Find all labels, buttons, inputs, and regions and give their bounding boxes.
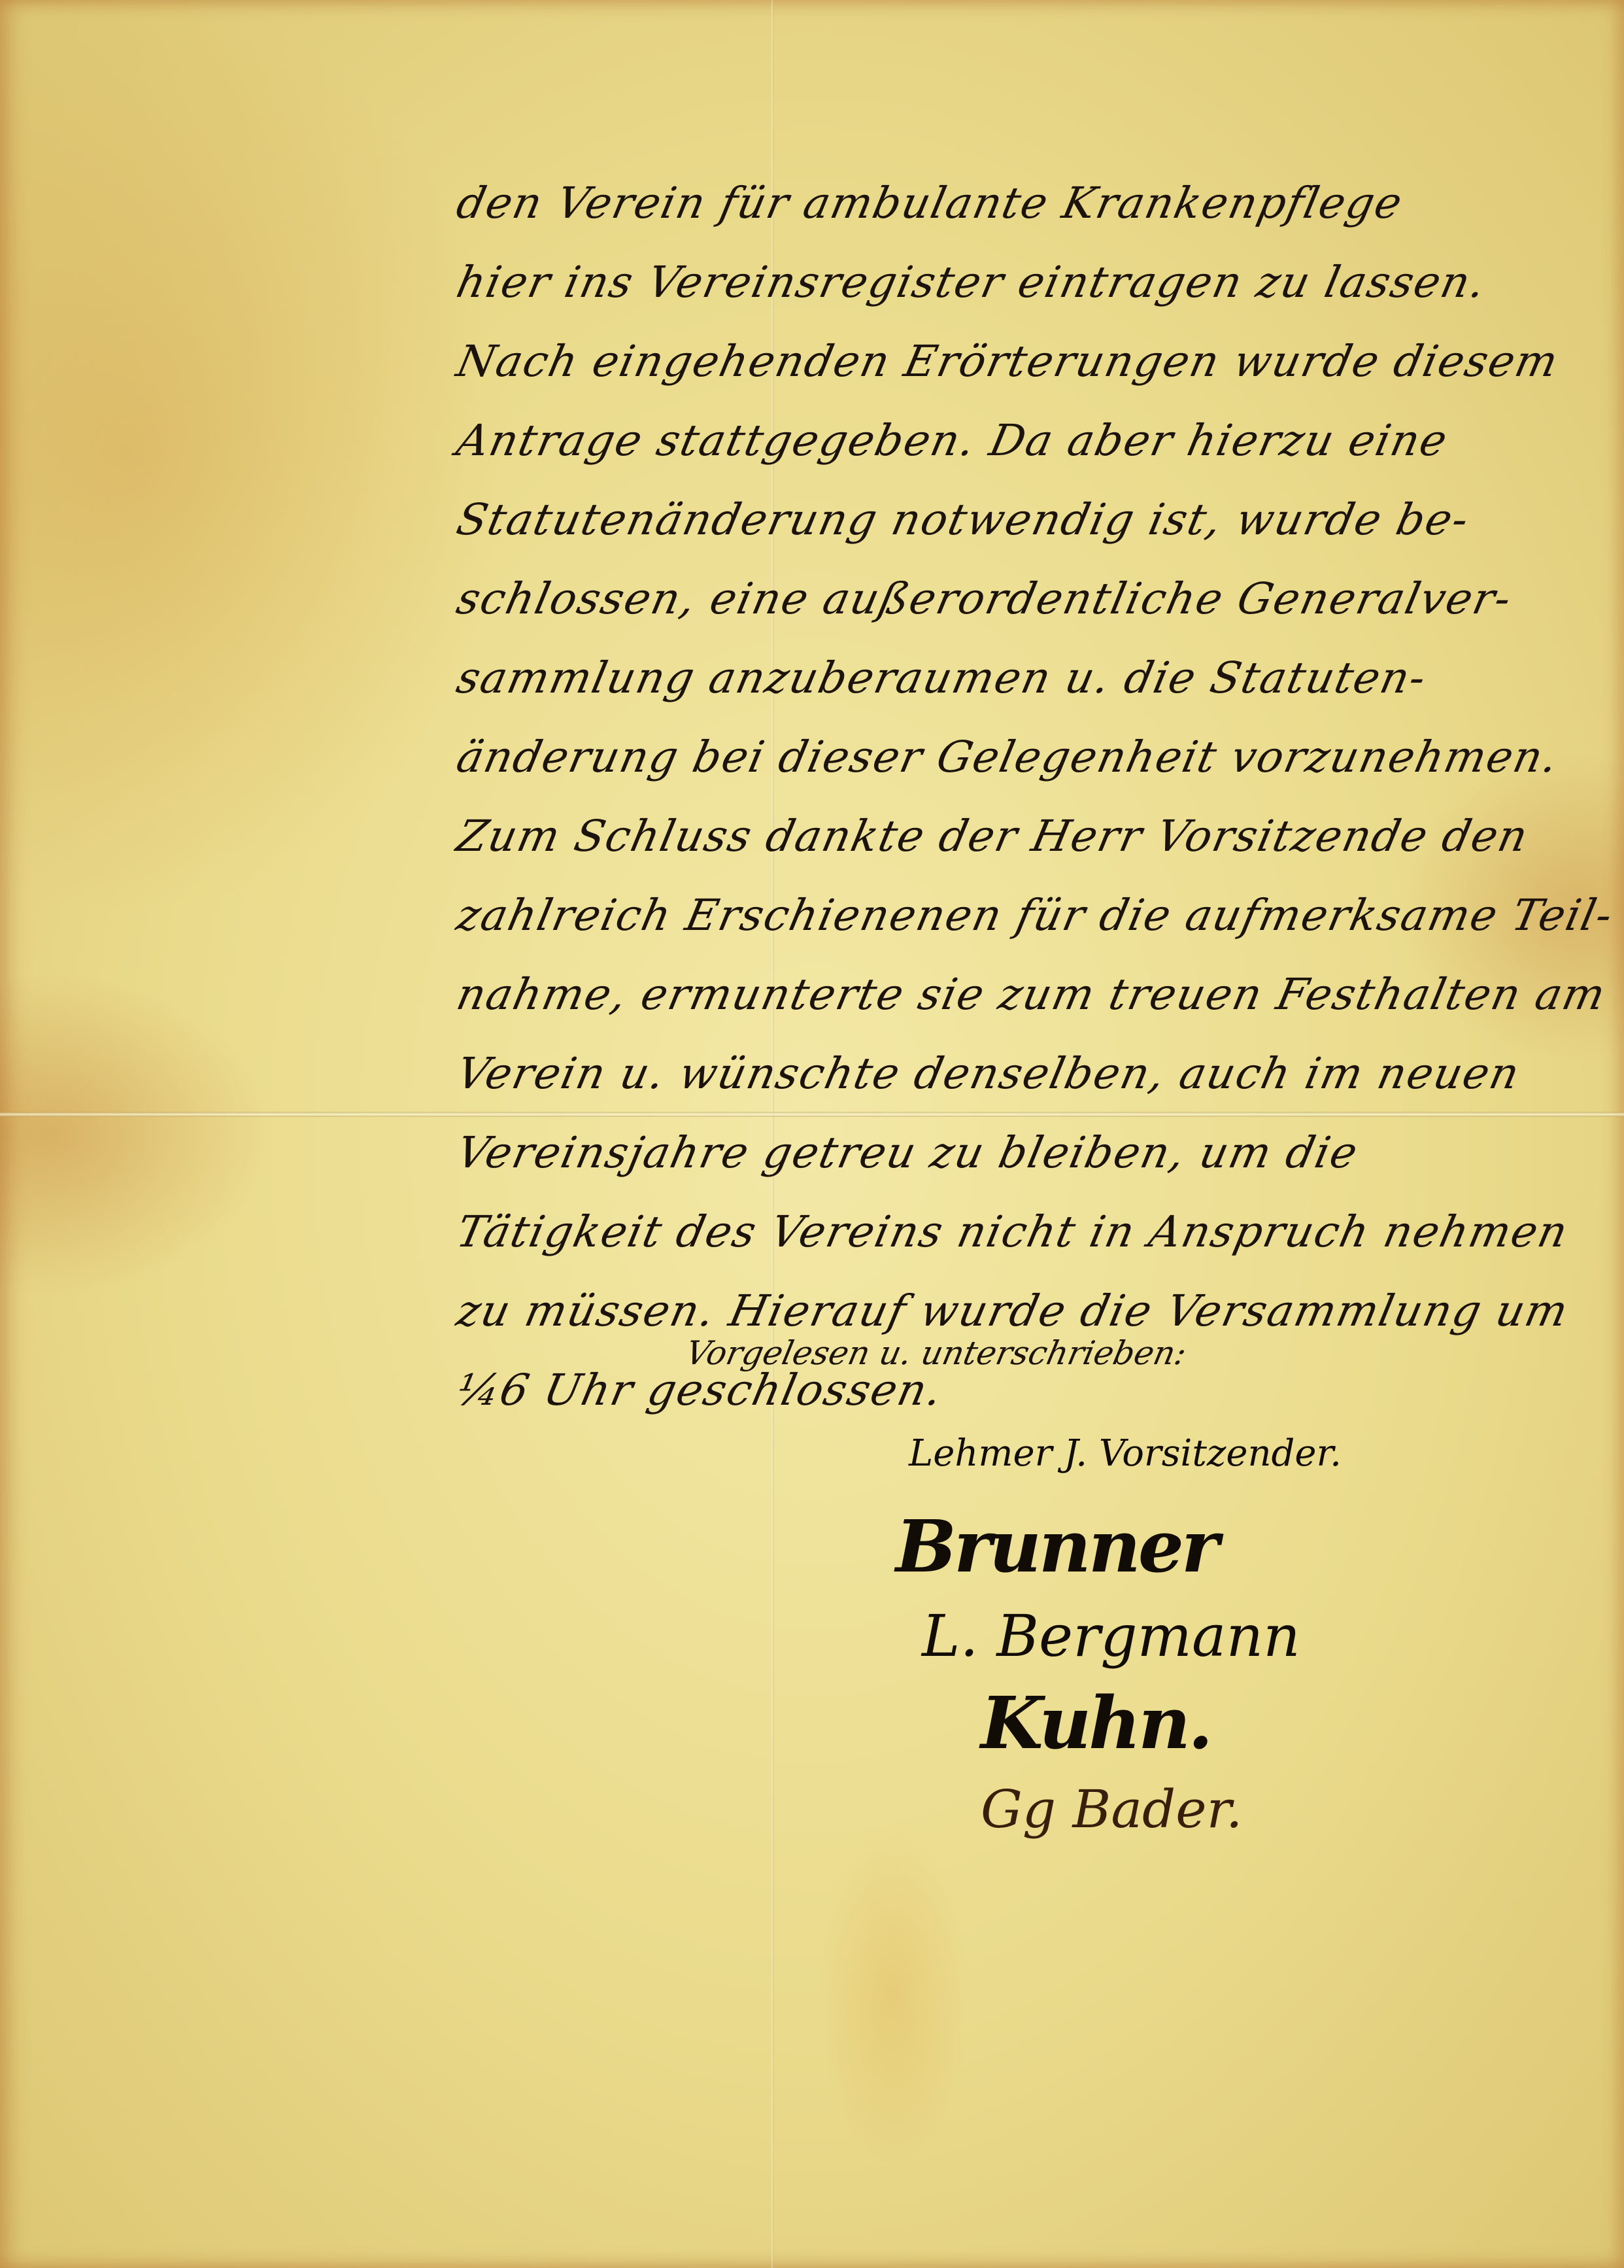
signature: Kuhn. <box>981 1681 1210 1765</box>
body-line: zahlreich Erschienenen für die aufmerksa… <box>449 876 1591 955</box>
body-line: nahme, ermunterte sie zum treuen Festhal… <box>449 955 1591 1034</box>
body-line: den Verein für ambulante Krankenpflege <box>449 163 1591 243</box>
body-line: sammlung anzuberaumen u. die Statuten- <box>449 638 1591 717</box>
body-line: Zum Schluss dankte der Herr Vorsitzende … <box>449 797 1591 876</box>
body-line: änderung bei dieser Gelegenheit vorzuneh… <box>449 717 1591 797</box>
body-line: hier ins Vereinsregister eintragen zu la… <box>449 243 1591 322</box>
body-line: Tätigkeit des Vereins nicht in Anspruch … <box>449 1192 1591 1271</box>
body-line: schlossen, eine außerordentliche General… <box>449 559 1591 638</box>
signature: L. Bergmann <box>922 1602 1300 1670</box>
document-page: den Verein für ambulante Krankenpflege h… <box>0 0 1624 2268</box>
signature: Gg Bader. <box>981 1779 1242 1840</box>
closing-formula: Vorgelesen u. unterschrieben: <box>683 1334 1190 1372</box>
minutes-body: den Verein für ambulante Krankenpflege h… <box>458 163 1582 1430</box>
signature-chairman: Lehmer J. Vorsitzender. <box>909 1432 1342 1475</box>
body-line: Verein u. wünschte denselben, auch im ne… <box>449 1034 1591 1113</box>
body-line: Statutenänderung notwendig ist, wurde be… <box>449 480 1591 559</box>
body-line: Nach eingehenden Erörterungen wurde dies… <box>449 322 1591 401</box>
body-line: Antrage stattgegeben. Da aber hierzu ein… <box>449 401 1591 480</box>
body-line: Vereinsjahre getreu zu bleiben, um die <box>449 1113 1591 1192</box>
signature: Brunner <box>896 1504 1217 1589</box>
